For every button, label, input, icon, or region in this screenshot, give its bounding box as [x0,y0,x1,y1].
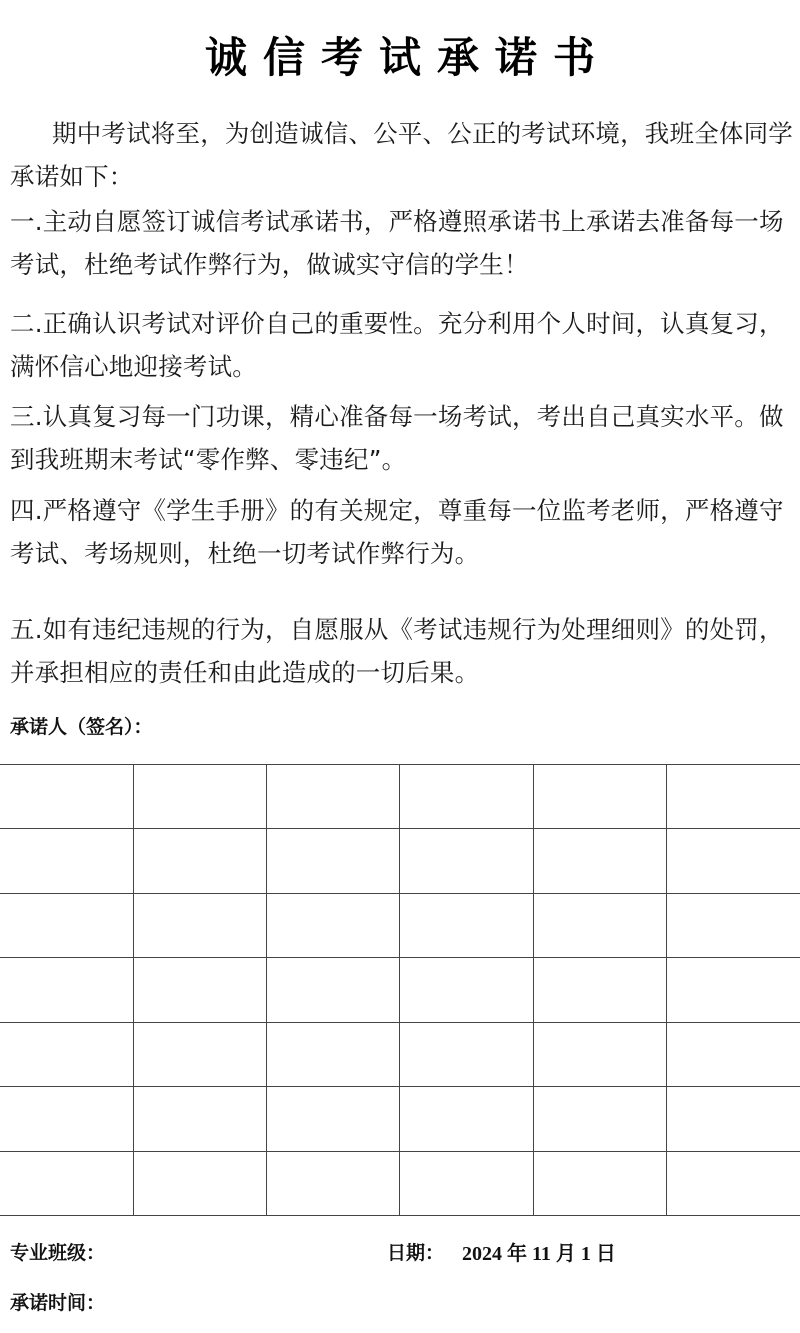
signature-cell[interactable] [133,765,266,829]
signature-cell[interactable] [533,765,666,829]
document-title: 诚信考试承诺书 [0,30,800,86]
signature-cell[interactable] [533,958,666,1022]
signature-cell[interactable] [667,765,800,829]
signature-row [0,893,800,957]
signature-row [0,829,800,893]
signature-cell[interactable] [667,893,800,957]
signature-cell[interactable] [533,893,666,957]
date-label: 日期： [387,1238,444,1265]
signature-cell[interactable] [267,893,400,957]
pledge-time-label: 承诺时间： [10,1288,105,1315]
signature-cell[interactable] [533,1151,666,1215]
signature-cell[interactable] [667,1087,800,1151]
intro-paragraph: 期中考试将至，为创造诚信、公平、公正的考试环境，我班全体同学承诺如下： [10,112,795,198]
major-class-label: 专业班级： [10,1238,105,1265]
signature-cell[interactable] [533,829,666,893]
signature-row [0,958,800,1022]
signature-cell[interactable] [400,958,533,1022]
signature-cell[interactable] [133,958,266,1022]
signature-grid [0,764,800,1216]
signature-cell[interactable] [267,1087,400,1151]
signature-cell[interactable] [400,765,533,829]
signature-cell[interactable] [400,1151,533,1215]
pledge-item-3: 三.认真复习每一门功课，精心准备每一场考试，考出自己真实水平。做到我班期末考试“… [10,395,795,481]
signature-cell[interactable] [133,893,266,957]
signature-label: 承诺人（签名）： [10,712,153,739]
signature-cell[interactable] [0,1151,133,1215]
pledge-item-2: 二.正确认识考试对评价自己的重要性。充分利用个人时间，认真复习，满怀信心地迎接考… [10,302,795,388]
pledge-item-5: 五.如有违纪违规的行为，自愿服从《考试违规行为处理细则》的处罚，并承担相应的责任… [10,608,795,694]
signature-cell[interactable] [667,958,800,1022]
signature-cell[interactable] [0,893,133,957]
signature-cell[interactable] [267,958,400,1022]
signature-cell[interactable] [133,1151,266,1215]
signature-row [0,1087,800,1151]
signature-cell[interactable] [400,829,533,893]
signature-cell[interactable] [400,893,533,957]
signature-row [0,765,800,829]
signature-cell[interactable] [133,1087,266,1151]
pledge-item-1: 一.主动自愿签订诚信考试承诺书，严格遵照承诺书上承诺去准备每一场考试，杜绝考试作… [10,200,795,286]
signature-cell[interactable] [533,1087,666,1151]
signature-cell[interactable] [0,958,133,1022]
signature-cell[interactable] [267,829,400,893]
signature-row [0,1151,800,1215]
signature-cell[interactable] [400,1022,533,1086]
signature-cell[interactable] [267,1022,400,1086]
signature-cell[interactable] [0,829,133,893]
signature-cell[interactable] [400,1087,533,1151]
signature-cell[interactable] [133,1022,266,1086]
signature-cell[interactable] [667,829,800,893]
signature-cell[interactable] [0,1087,133,1151]
signature-cell[interactable] [0,765,133,829]
pledge-item-4: 四.严格遵守《学生手册》的有关规定，尊重每一位监考老师，严格遵守考试、考场规则，… [10,489,795,575]
signature-cell[interactable] [267,1151,400,1215]
signature-row [0,1022,800,1086]
signature-cell[interactable] [667,1022,800,1086]
date-value: 2024 年 11 月 1 日 [462,1237,616,1266]
signature-cell[interactable] [0,1022,133,1086]
signature-cell[interactable] [533,1022,666,1086]
signature-cell[interactable] [133,829,266,893]
signature-cell[interactable] [267,765,400,829]
signature-cell[interactable] [667,1151,800,1215]
